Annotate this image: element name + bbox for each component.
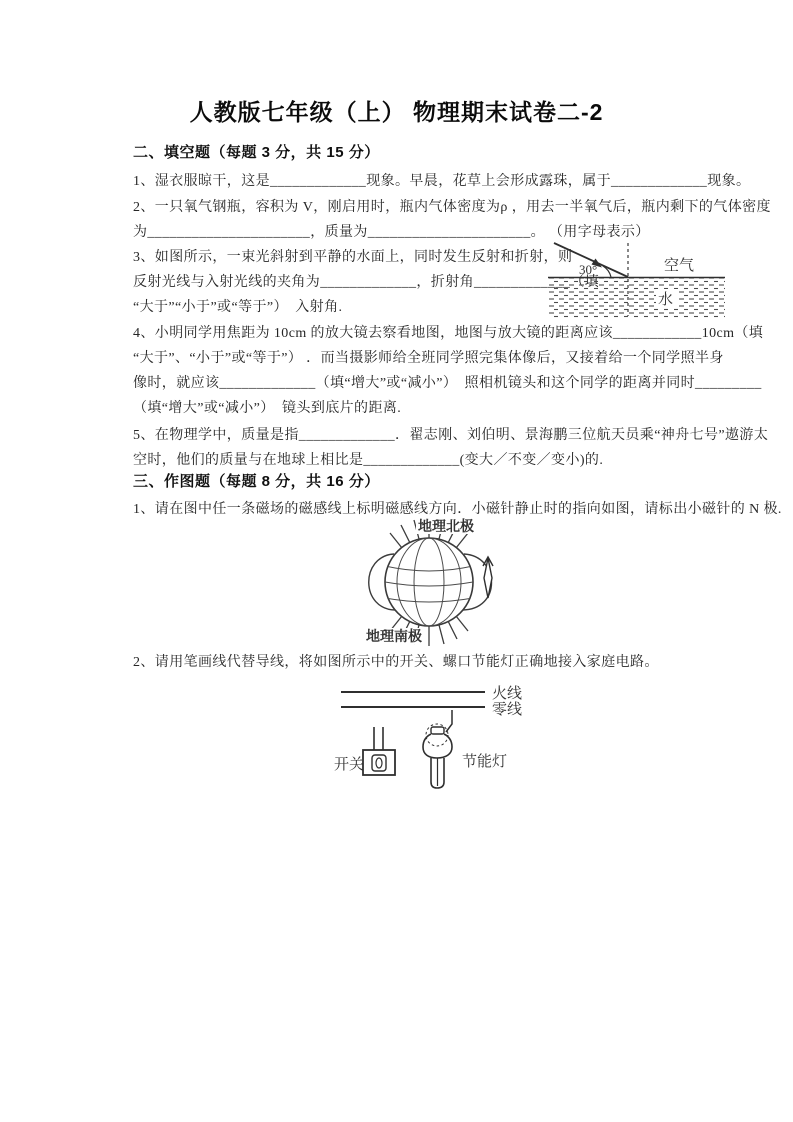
earth-magnetism-figure: 地理北极 地理南极	[360, 516, 512, 653]
question-fill-4: 4、小明同学用焦距为 10cm 的放大镜去察看地图，地图与放大镜的距离应该___…	[133, 321, 763, 421]
globe	[385, 538, 473, 626]
question-line: （填“增大”或“减小”） 镜头到底片的距离.	[133, 396, 763, 421]
question-line: 2、一只氧气钢瓶，容积为 V，刚启用时，瓶内气体密度为ρ ，用去一半氧气后，瓶内…	[133, 195, 771, 220]
geo-north-label: 地理北极	[418, 518, 474, 535]
question-line: 1、湿衣服晾干，这是_____________现象。早晨，花草上会形成露珠，属于…	[133, 169, 750, 194]
question-line: 反射光线与入射光线的夹角为_____________，折射角__________…	[133, 270, 553, 295]
question-line: “大于”“小于”或“等于”） 入射角.	[133, 295, 553, 320]
neutral-wire-label: 零线	[492, 701, 522, 718]
question-draw-2: 2、请用笔画线代替导线，将如图所示中的开关、螺口节能灯正确地接入家庭电路。	[133, 650, 659, 675]
water-region	[548, 278, 725, 319]
reflection-figure: 30° 空气 水	[548, 241, 725, 324]
question-fill-2: 2、一只氧气钢瓶，容积为 V，刚启用时，瓶内气体密度为ρ ，用去一半氧气后，瓶内…	[133, 195, 771, 245]
question-line: 4、小明同学用焦距为 10cm 的放大镜去察看地图，地图与放大镜的距离应该___…	[133, 321, 763, 346]
household-circuit-svg: 火线 零线 开关 节能灯	[333, 682, 595, 794]
question-line: 3、如图所示，一束光斜射到平静的水面上，同时发生反射和折射，则	[133, 245, 553, 270]
section-draw-header: 三、作图题（每题 8 分，共 16 分）	[133, 470, 380, 491]
lamp-symbol	[423, 710, 452, 788]
switch-symbol	[363, 727, 395, 775]
question-line: 5、在物理学中，质量是指_____________．翟志刚、刘伯明、景海鹏三位航…	[133, 423, 768, 448]
exam-title: 人教版七年级（上） 物理期末试卷二-2	[0, 94, 793, 127]
compass-needle-icon	[483, 557, 493, 598]
question-line: 像时，就应该_____________（填“增大”或“减小”） 照相机镜头和这个…	[133, 371, 763, 396]
section-fill-header: 二、填空题（每题 3 分，共 15 分）	[133, 141, 380, 162]
question-fill-3: 3、如图所示，一束光斜射到平静的水面上，同时发生反射和折射，则 反射光线与入射光…	[133, 245, 553, 320]
earth-magnetism-svg: 地理北极 地理南极	[360, 516, 512, 648]
geo-south-label: 地理南极	[366, 628, 422, 645]
angle-label: 30°	[579, 262, 597, 277]
lamp-label: 节能灯	[462, 752, 507, 770]
reflection-figure-svg: 30° 空气 水	[548, 241, 725, 319]
live-wire-label: 火线	[492, 685, 522, 702]
air-label: 空气	[664, 256, 694, 274]
question-line: “大于”、“小于”或“等于”） ．而当摄影师给全班同学照完集体像后，又接着给一个…	[133, 346, 763, 371]
question-fill-5: 5、在物理学中，质量是指_____________．翟志刚、刘伯明、景海鹏三位航…	[133, 423, 768, 473]
water-label: 水	[658, 291, 673, 308]
household-circuit-figure: 火线 零线 开关 节能灯	[333, 682, 595, 799]
switch-label: 开关	[334, 756, 364, 773]
question-fill-1: 1、湿衣服晾干，这是_____________现象。早晨，花草上会形成露珠，属于…	[133, 169, 750, 194]
exam-paper-page: 人教版七年级（上） 物理期末试卷二-2 二、填空题（每题 3 分，共 15 分）…	[0, 0, 793, 1122]
question-line: 2、请用笔画线代替导线，将如图所示中的开关、螺口节能灯正确地接入家庭电路。	[133, 650, 659, 675]
